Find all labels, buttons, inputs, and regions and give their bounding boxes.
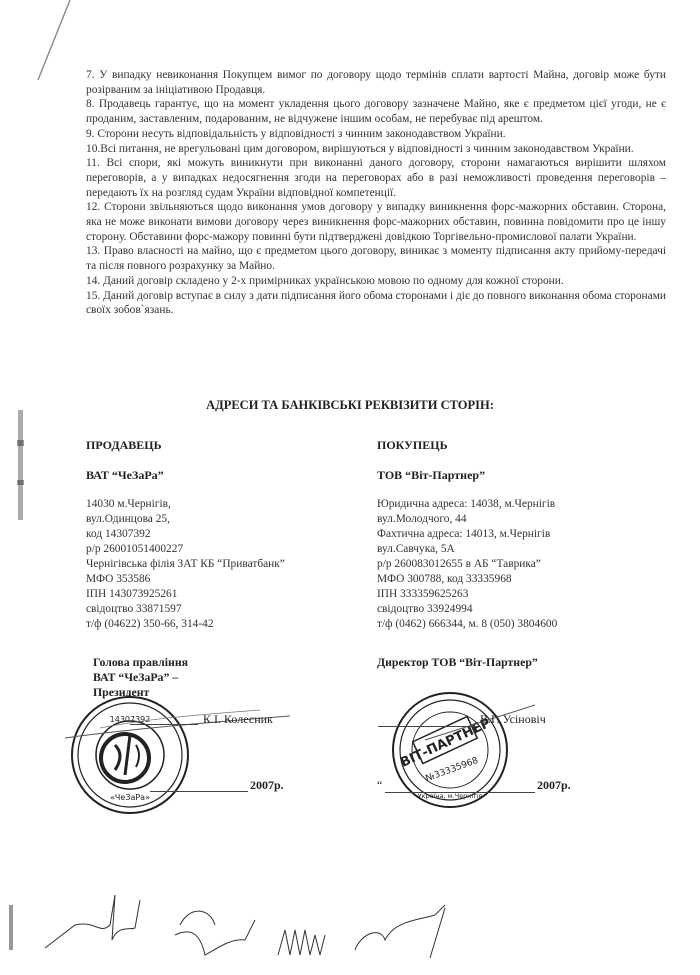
seller-detail-line: р/р 26001051400227: [86, 542, 356, 557]
seller-detail-line: 14030 м.Чернігів,: [86, 497, 356, 512]
buyer-detail-line: т/ф (0462) 666344, м. 8 (050) 3804600: [377, 617, 677, 632]
buyer-signature-line: [378, 726, 476, 727]
buyer-detail-line: вул.Савчука, 5А: [377, 542, 677, 557]
contract-clauses: 7. У випадку невиконання Покупцем вимог …: [86, 68, 666, 318]
seller-details: 14030 м.Чернігів, вул.Одинцова 25, код 1…: [86, 497, 356, 632]
seller-detail-line: Чернігівська філія ЗАТ КБ “Приватбанк”: [86, 557, 356, 572]
buyer-signatory-title: Директор ТОВ “Віт-Партнер”: [377, 655, 538, 670]
scan-edge-line: [0, 0, 80, 80]
seller-company: ВАТ “ЧеЗаРа”: [86, 468, 164, 483]
buyer-company: ТОВ “Віт-Партнер”: [377, 468, 485, 483]
buyer-details: Юридична адреса: 14038, м.Чернігів вул.М…: [377, 497, 677, 632]
clause-7: 7. У випадку невиконання Покупцем вимог …: [86, 68, 666, 97]
contract-page: 7. У випадку невиконання Покупцем вимог …: [0, 0, 700, 975]
buyer-detail-line: свідоцтво 33924994: [377, 602, 677, 617]
clause-12: 12. Сторони звільняються щодо виконання …: [86, 200, 666, 244]
buyer-detail-line: МФО 300788, код 33335968: [377, 572, 677, 587]
section-heading: АДРЕСИ ТА БАНКІВСЬКІ РЕКВІЗИТИ СТОРІН:: [0, 398, 700, 413]
clause-9: 9. Сторони несуть відповідальність у від…: [86, 127, 666, 142]
svg-text:№33335968: №33335968: [424, 756, 480, 784]
seller-detail-line: свідоцтво 33871597: [86, 602, 356, 617]
seller-date: 2007р.: [250, 778, 284, 793]
svg-text:«ЧеЗаРа»: «ЧеЗаРа»: [110, 793, 150, 802]
clause-13: 13. Право власності на майно, що є предм…: [86, 244, 666, 273]
buyer-signatory-name: В.Г. Усіновіч: [480, 712, 546, 727]
seller-detail-line: вул.Одинцова 25,: [86, 512, 356, 527]
page-initials-signatures: [0, 880, 700, 970]
scan-binding-marks: [14, 410, 26, 530]
seller-detail-line: код 14307392: [86, 527, 356, 542]
buyer-date-open-quote: “: [377, 778, 382, 793]
clause-8: 8. Продавець гарантує, що на момент укла…: [86, 97, 666, 126]
seller-detail-line: т/ф (04622) 350-66, 314-42: [86, 617, 356, 632]
clause-11: 11. Всі спори, які можуть виникнути при …: [86, 156, 666, 200]
svg-text:Україна, м.Чернігів: Україна, м.Чернігів: [418, 792, 483, 800]
buyer-detail-line: Фахтична адреса: 14013, м.Чернігів: [377, 527, 677, 542]
buyer-date-line: [385, 792, 535, 793]
buyer-detail-line: р/р 260083012655 в АБ “Таврика”: [377, 557, 677, 572]
buyer-detail-line: Юридична адреса: 14038, м.Чернігів: [377, 497, 677, 512]
buyer-date: 2007р.: [537, 778, 571, 793]
seller-detail-line: МФО 353586: [86, 572, 356, 587]
clause-14: 14. Даний договір складено у 2-х примірн…: [86, 274, 666, 289]
seller-signature-line: [130, 724, 198, 725]
buyer-role: ПОКУПЕЦЬ: [377, 438, 448, 453]
seller-date-line: [150, 791, 248, 792]
clause-10: 10.Всі питання, не врегульовані цим дого…: [86, 142, 666, 157]
seller-detail-line: ІПН 143073925261: [86, 587, 356, 602]
seller-role: ПРОДАВЕЦЬ: [86, 438, 162, 453]
buyer-detail-line: ІПН 333359625263: [377, 587, 677, 602]
seller-signatory-name: К.І. Колесник: [203, 712, 273, 727]
buyer-detail-line: вул.Молодчого, 44: [377, 512, 677, 527]
clause-15: 15. Даний договір вступає в силу з дати …: [86, 289, 666, 318]
